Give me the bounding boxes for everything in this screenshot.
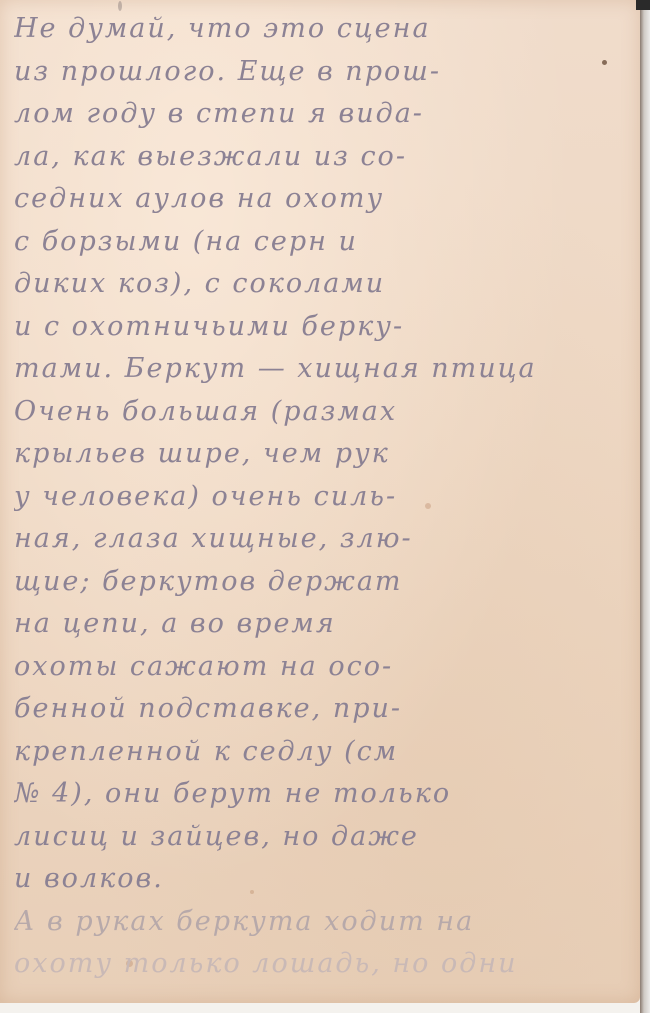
- text-line: щие; беркутов держат: [14, 561, 624, 604]
- text-line: крепленной к седлу (см: [14, 731, 624, 774]
- text-line: Не думай, что это сцена: [14, 8, 624, 51]
- text-line: на цепи, а во время: [14, 603, 624, 646]
- text-line: тами. Беркут — хищная птица: [14, 348, 624, 391]
- text-line: бенной подставке, при-: [14, 688, 624, 731]
- text-line: седних аулов на охоту: [14, 178, 624, 221]
- text-line: с борзыми (на серн и: [14, 221, 624, 264]
- text-line: у человека) очень силь-: [14, 476, 624, 519]
- text-line: лом году в степи я вида-: [14, 93, 624, 136]
- text-line: лисиц и зайцев, но даже: [14, 816, 624, 859]
- text-line: диких коз), с соколами: [14, 263, 624, 306]
- text-line: ла, как выезжали из со-: [14, 136, 624, 179]
- text-line: и волков.: [14, 858, 624, 901]
- text-line: ная, глаза хищные, злю-: [14, 518, 624, 561]
- postcard: Не думай, что это сцена из прошлого. Еще…: [0, 0, 640, 1003]
- text-line: № 4), они берут не только: [14, 773, 624, 816]
- text-line: и с охотничьими берку-: [14, 306, 624, 349]
- text-line: А в руках беркута ходит на: [14, 901, 624, 944]
- text-line: из прошлого. Еще в прош-: [14, 51, 624, 94]
- text-line: крыльев шире, чем рук: [14, 433, 624, 476]
- scan-corner: [636, 0, 650, 10]
- text-line: охоту только лошадь, но одни: [14, 943, 624, 986]
- text-line: Очень большая (размах: [14, 391, 624, 434]
- card-edge-shadow: [640, 0, 650, 1013]
- handwritten-text: Не думай, что это сцена из прошлого. Еще…: [14, 8, 624, 986]
- text-line: охоты сажают на осо-: [14, 646, 624, 689]
